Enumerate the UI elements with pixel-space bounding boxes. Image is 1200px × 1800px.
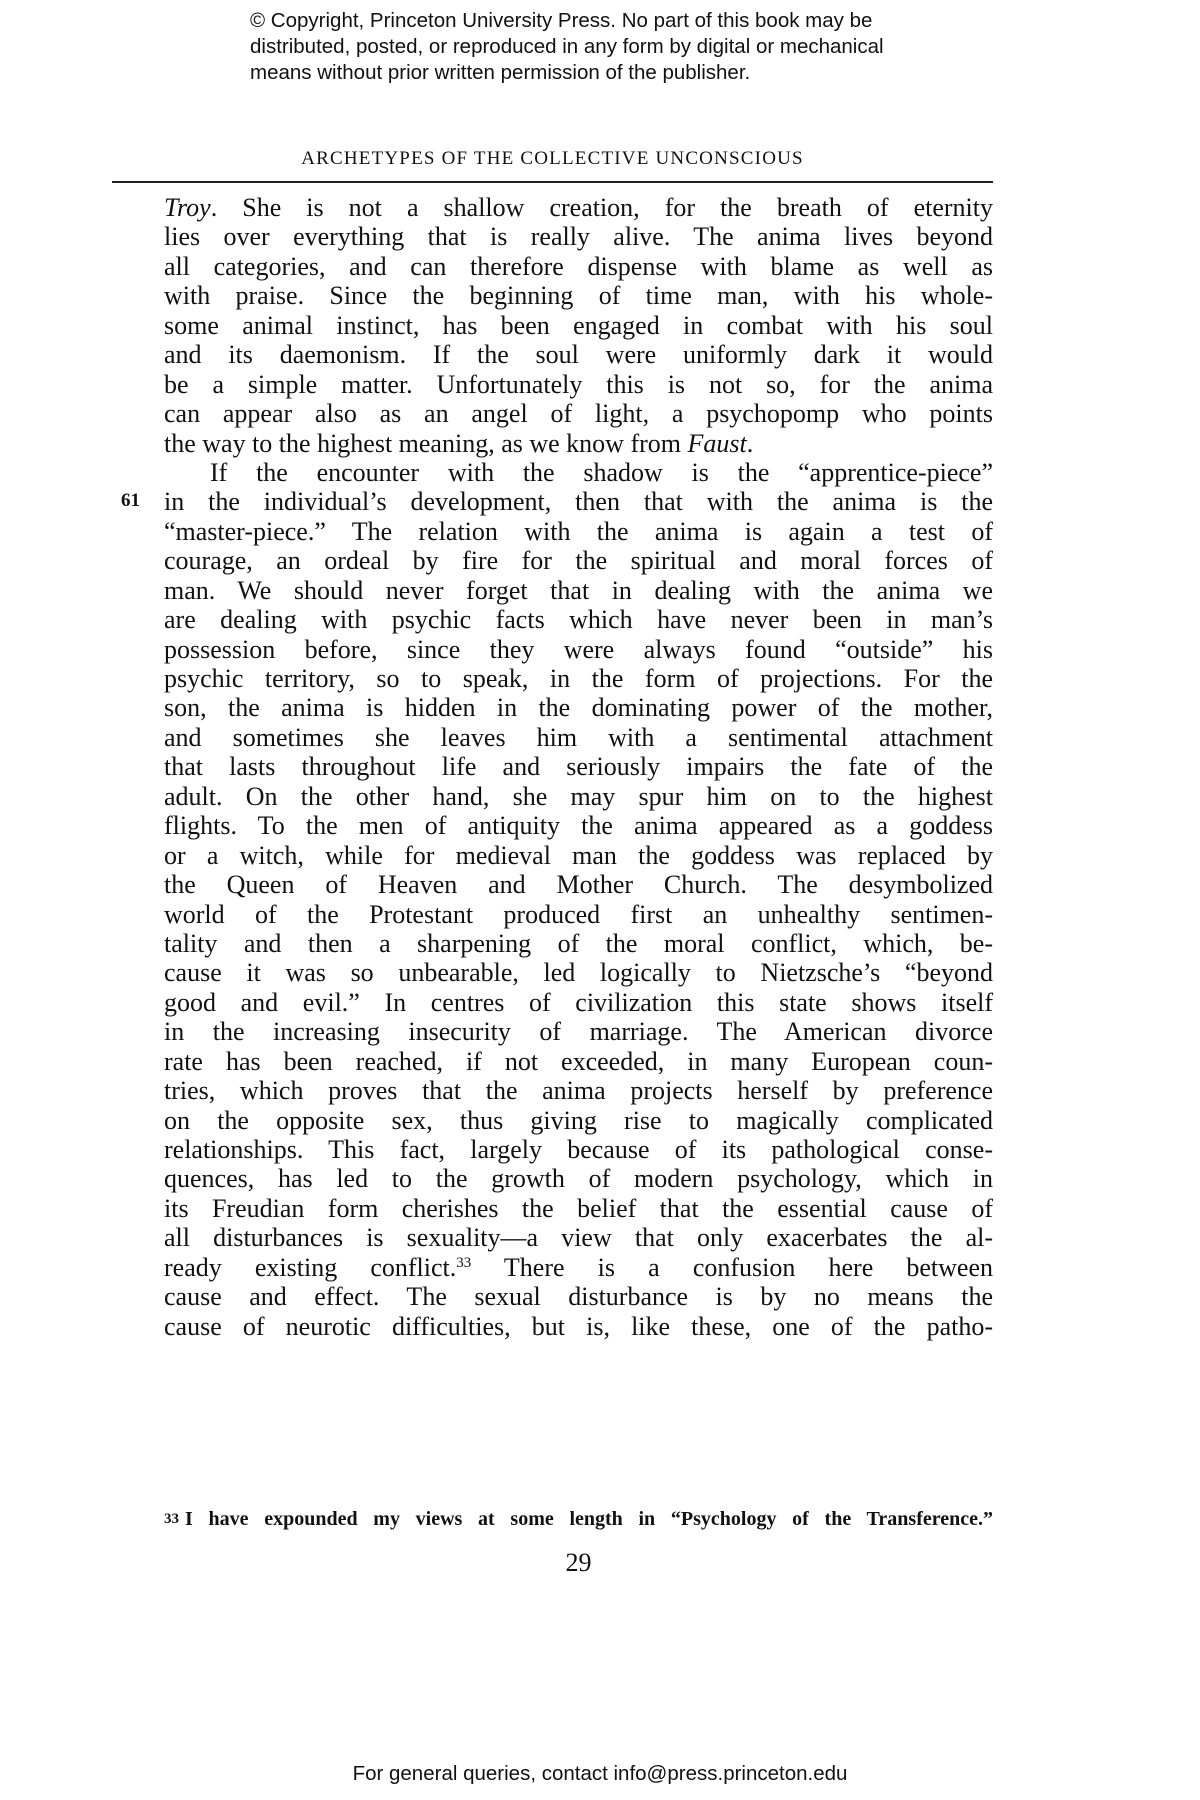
text-line: with praise. Since the beginning of time…	[164, 281, 993, 310]
text-line: world of the Protestant produced first a…	[164, 900, 993, 929]
text-line: courage, an ordeal by fire for the spiri…	[164, 546, 993, 575]
footnote-reference[interactable]: 33	[456, 1255, 471, 1271]
punctuation: .	[747, 429, 754, 458]
text-line: possession before, since they were alway…	[164, 635, 993, 664]
copyright-notice: © Copyright, Princeton University Press.…	[250, 8, 1010, 86]
text-line: adult. On the other hand, she may spur h…	[164, 782, 993, 811]
text-line: lies over everything that is really aliv…	[164, 222, 993, 251]
footnote: 33I have expounded my views at some leng…	[164, 1508, 993, 1531]
italic-title: Faust	[688, 429, 747, 458]
text-line: the Queen of Heaven and Mother Church. T…	[164, 870, 993, 899]
copyright-line: distributed, posted, or reproduced in an…	[250, 34, 1010, 60]
text-line: flights. To the men of antiquity the ani…	[164, 811, 993, 840]
text-line: psychic territory, so to speak, in the f…	[164, 664, 993, 693]
text-line: “master-piece.” The relation with the an…	[164, 517, 993, 546]
contact-footer: For general queries, contact info@press.…	[0, 1762, 1200, 1786]
text-line: that lasts throughout life and seriously…	[164, 752, 993, 781]
text-line: the way to the highest meaning, as we kn…	[164, 429, 993, 458]
line-text: the way to the highest meaning, as we kn…	[164, 429, 688, 458]
paragraph-number: 61	[121, 490, 140, 512]
line-text: . She is not a shallow creation, for the…	[211, 193, 993, 222]
text-line: quences, has led to the growth of modern…	[164, 1164, 993, 1193]
running-head: ARCHETYPES OF THE COLLECTIVE UNCONSCIOUS	[112, 148, 993, 170]
text-line: on the opposite sex, thus giving rise to…	[164, 1106, 993, 1135]
line-text: ready existing conflict.	[164, 1253, 456, 1282]
header-rule	[112, 181, 993, 183]
body-text: Troy. She is not a shallow creation, for…	[164, 193, 993, 1341]
footnote-mark: 33	[164, 1511, 179, 1527]
footnote-text: I have expounded my views at some length…	[185, 1508, 993, 1530]
text-line: man. We should never forget that in deal…	[164, 576, 993, 605]
text-line: Troy. She is not a shallow creation, for…	[164, 193, 993, 222]
text-line: are dealing with psychic facts which hav…	[164, 605, 993, 634]
text-line: son, the anima is hidden in the dominati…	[164, 693, 993, 722]
text-line: all categories, and can therefore dispen…	[164, 252, 993, 281]
text-line: relationships. This fact, largely becaus…	[164, 1135, 993, 1164]
text-line: and its daemonism. If the soul were unif…	[164, 340, 993, 369]
text-line: good and evil.” In centres of civilizati…	[164, 988, 993, 1017]
text-line: in the individual’s development, then th…	[164, 487, 993, 516]
text-line: some animal instinct, has been engaged i…	[164, 311, 993, 340]
text-line: its Freudian form cherishes the belief t…	[164, 1194, 993, 1223]
text-line: tries, which proves that the anima proje…	[164, 1076, 993, 1105]
text-line: and sometimes she leaves him with a sent…	[164, 723, 993, 752]
text-line: all disturbances is sexuality—a view tha…	[164, 1223, 993, 1252]
text-line: rate has been reached, if not exceeded, …	[164, 1047, 993, 1076]
text-line: can appear also as an angel of light, a …	[164, 399, 993, 428]
text-line: be a simple matter. Unfortunately this i…	[164, 370, 993, 399]
text-line: If the encounter with the shadow is the …	[164, 458, 993, 487]
text-line: or a witch, while for medieval man the g…	[164, 841, 993, 870]
text-line: ready existing conflict.33 There is a co…	[164, 1253, 993, 1282]
copyright-line: means without prior written permission o…	[250, 60, 1010, 86]
line-text: There is a confusion here between	[471, 1253, 993, 1282]
text-line: in the increasing insecurity of marriage…	[164, 1017, 993, 1046]
text-line: cause of neurotic difficulties, but is, …	[164, 1312, 993, 1341]
copyright-line: © Copyright, Princeton University Press.…	[250, 8, 1010, 34]
text-line: cause it was so unbearable, led logicall…	[164, 958, 993, 987]
page-number: 29	[0, 1548, 1157, 1578]
text-line: tality and then a sharpening of the mora…	[164, 929, 993, 958]
italic-title: Troy	[164, 193, 211, 222]
text-line: cause and effect. The sexual disturbance…	[164, 1282, 993, 1311]
